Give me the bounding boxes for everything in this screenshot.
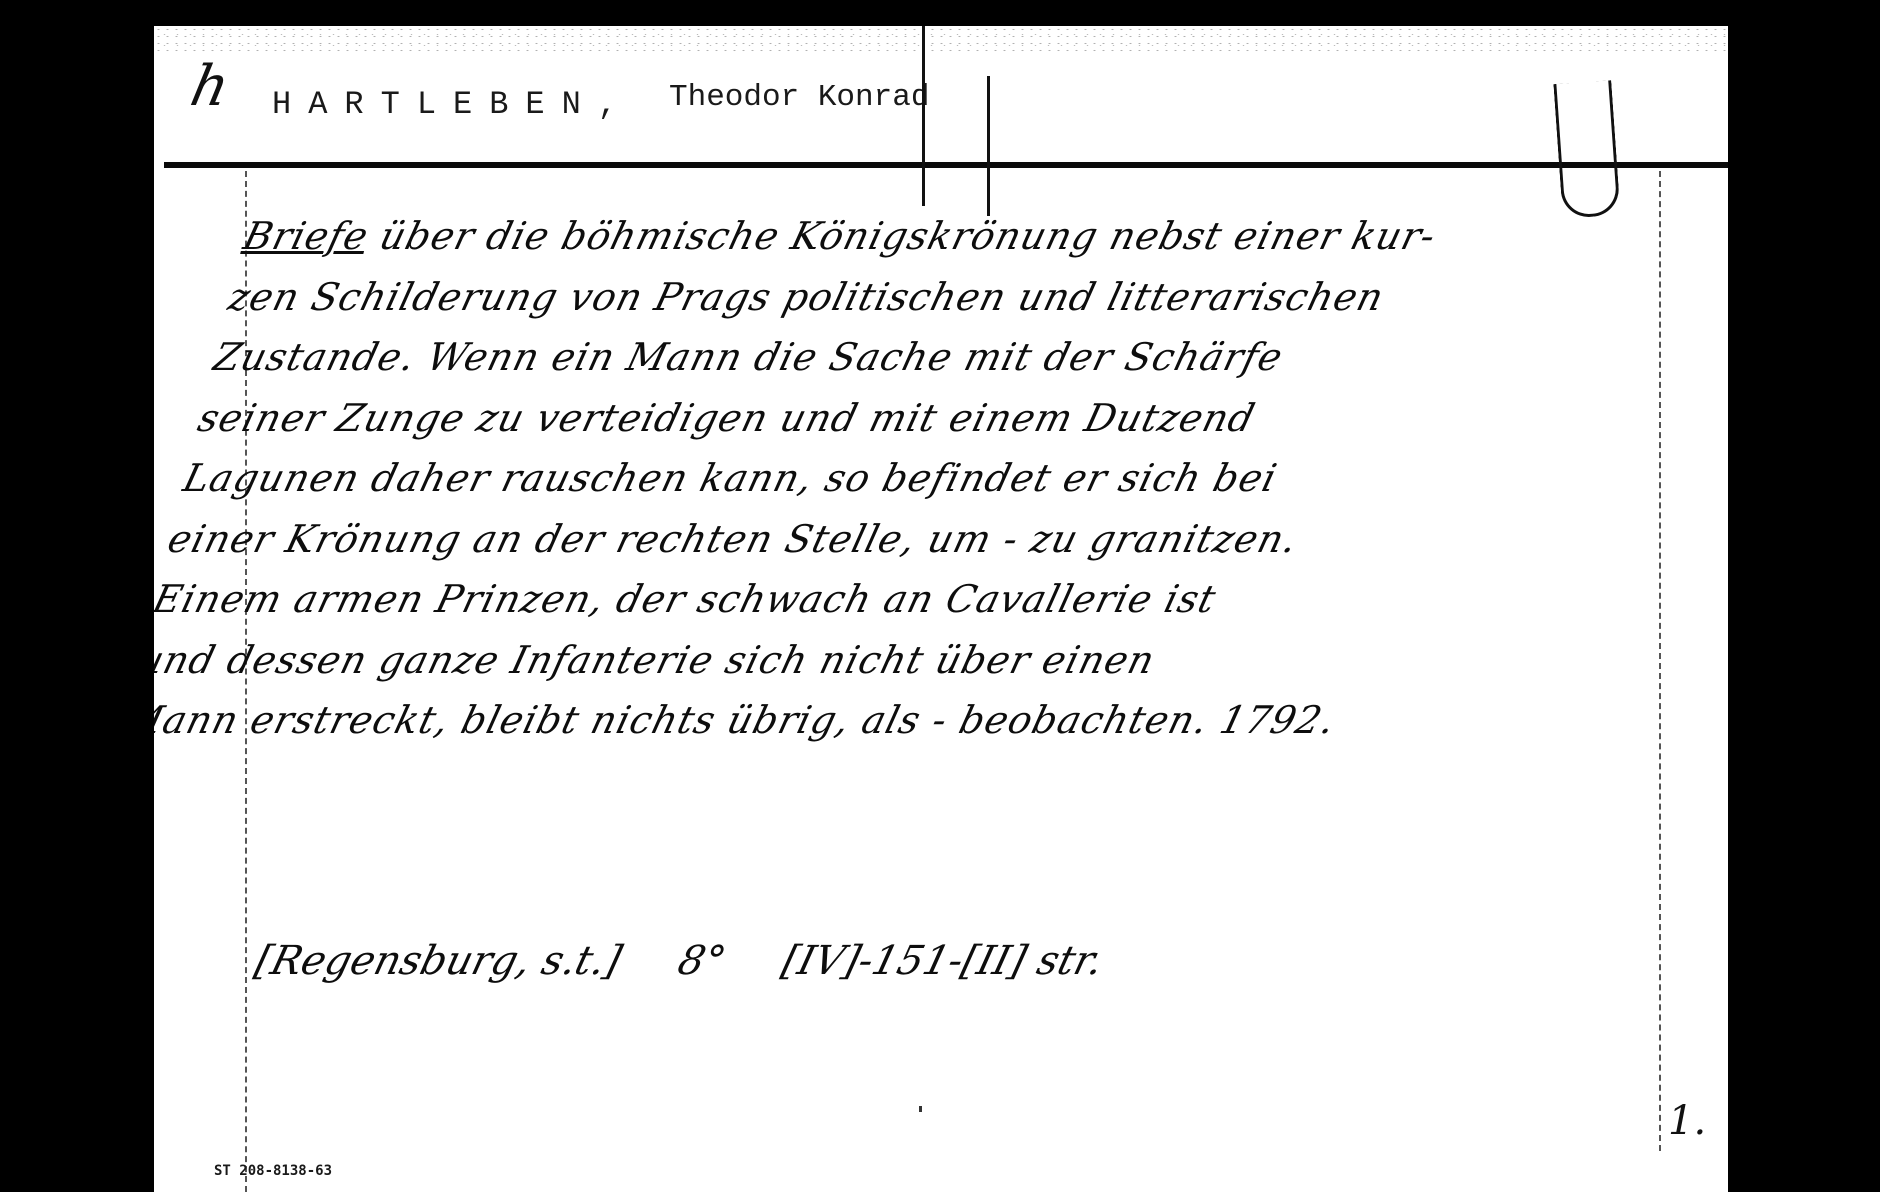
imprint-line: [Regensburg, s.t.] 8° [IV]-151-[II] str. [251,938,1154,984]
description-line: zen Schilderung von Prags politischen un… [222,267,1645,328]
header-divider [164,162,1728,168]
imprint-pagination: [IV]-151-[II] str. [778,938,1108,984]
right-margin-line [1659,171,1661,1151]
card-stock-code: ST 208-8138-63 [214,1163,332,1179]
description-line: seiner Zunge zu verteidigen und mit eine… [192,388,1615,449]
description-line: Briefe über die böhmische Königskrönung … [237,206,1660,267]
description-line: Einem armen Prinzen, der schwach an Cava… [146,569,1569,630]
surname-separator: , [598,86,634,123]
description-line: Zustande. Wenn ein Mann die Sache mit de… [207,327,1630,388]
scan-speck [919,1106,922,1112]
imprint-format: 8° [673,938,730,984]
description-line: und dessen ganze Infanterie sich nicht ü… [131,630,1554,691]
punch-guide-line [922,26,925,206]
card-header: h HARTLEBEN, Theodor Konrad [154,26,1728,162]
card-page-number: 1. [1668,1098,1706,1144]
handwritten-description: Briefe über die böhmische Königskrönung … [116,206,1660,751]
surname-text: HARTLEBEN [272,86,598,123]
description-line-rest: über die böhmische Königskrönung nebst e… [362,214,1440,258]
description-line: einer Krönung an der rechten Stelle, um … [161,509,1584,570]
imprint-place: [Regensburg, s.t.] [251,938,627,984]
handwritten-initial: h [185,54,235,119]
title-keyword: Briefe [239,214,373,258]
scan-viewport: h HARTLEBEN, Theodor Konrad Briefe über … [0,0,1880,1192]
author-given-names: Theodor Konrad [669,80,929,115]
description-line: Mann erstreckt, bleibt nichts übrig, als… [116,690,1539,751]
catalog-card: h HARTLEBEN, Theodor Konrad Briefe über … [154,26,1728,1192]
author-surname: HARTLEBEN, [272,86,634,123]
card-slot-mark [1553,80,1620,219]
description-line: Lagunen daher rauschen kann, so befindet… [177,448,1600,509]
punch-guide-line [987,76,990,216]
